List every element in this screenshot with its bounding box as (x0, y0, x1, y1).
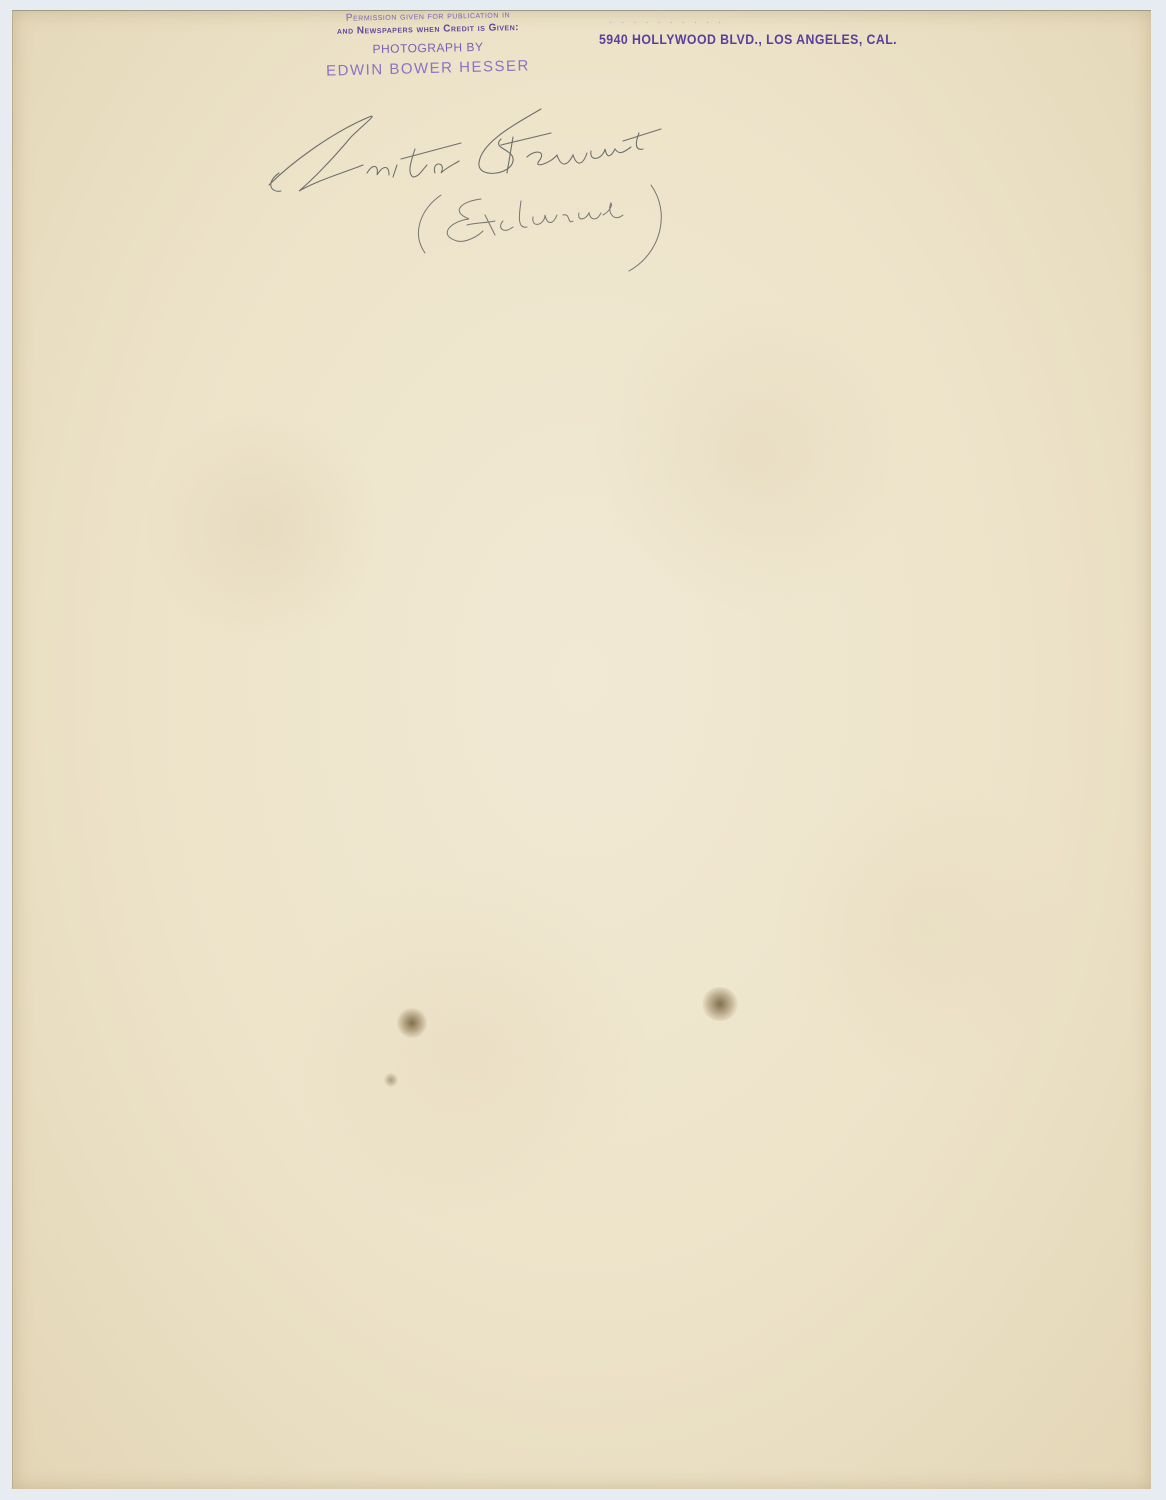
photo-back-paper: Permission given for publication in and … (12, 10, 1151, 1489)
foxing-spot (384, 1073, 398, 1087)
partial-stamp-text: · · · · · · · · · · (609, 17, 724, 28)
handwritten-name (251, 103, 731, 273)
foxing-spot (397, 1008, 427, 1038)
photograph-by-label: PHOTOGRAPH BY (263, 38, 593, 59)
foxing-spot (702, 987, 738, 1021)
photographer-credit-stamp: Permission given for publication in and … (263, 11, 593, 77)
photographer-name: EDWIN BOWER HESSER (263, 56, 593, 82)
studio-address-stamp: · · · · · · · · · · 5940 HOLLYWOOD BLVD.… (599, 31, 939, 47)
studio-address: 5940 HOLLYWOOD BLVD., LOS ANGELES, CAL. (599, 31, 898, 47)
